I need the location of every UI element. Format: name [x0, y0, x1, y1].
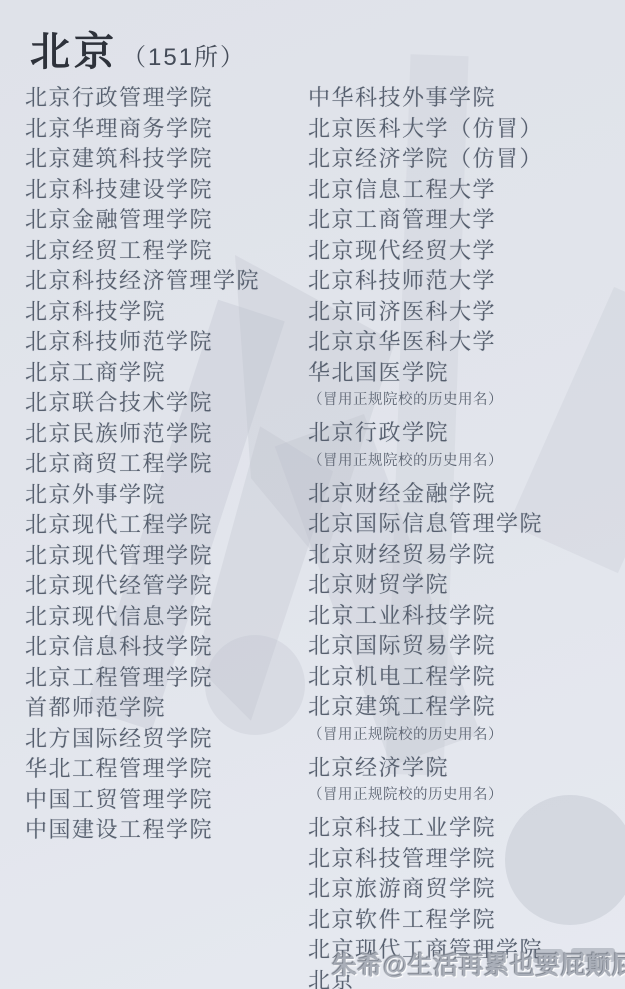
- university-item: 首都师范学院: [25, 693, 305, 724]
- university-item: 北京建筑科技学院: [25, 144, 305, 175]
- university-item: 北京国际信息管理学院: [308, 509, 623, 540]
- university-item: 北京经济学院: [308, 753, 623, 784]
- university-item: 中国建设工程学院: [25, 815, 305, 846]
- university-item: 北京外事学院: [25, 480, 305, 511]
- university-item: 中华科技外事学院: [308, 83, 623, 114]
- university-item: 北京现代信息学院: [25, 602, 305, 633]
- note-alias-history: （冒用正规院校的历史用名）: [308, 784, 623, 806]
- university-item: 北京现代工程学院: [25, 510, 305, 541]
- university-item: 北京机电工程学院: [308, 662, 623, 693]
- fake-universities-list-page: 北京（151所） 北京行政管理学院北京华理商务学院北京建筑科技学院北京科技建设学…: [0, 0, 625, 989]
- region-title: 北京: [30, 30, 118, 74]
- bottom-watermark-text: 朱希@生活再累也要屁颠屁颠的过520: [332, 946, 625, 982]
- university-item: 北京软件工程学院: [308, 905, 623, 936]
- university-item: 北京科技管理学院: [308, 844, 623, 875]
- university-item: 北京现代经贸大学: [308, 236, 623, 267]
- university-item: 中国工贸管理学院: [25, 785, 305, 816]
- university-item: 北京科技经济管理学院: [25, 266, 305, 297]
- university-list-left-column: 北京行政管理学院北京华理商务学院北京建筑科技学院北京科技建设学院北京金融管理学院…: [25, 83, 305, 846]
- university-item: 北京行政管理学院: [25, 83, 305, 114]
- university-item: 北京财经金融学院: [308, 479, 623, 510]
- university-item: 华北工程管理学院: [25, 754, 305, 785]
- university-item: 华北国医学院: [308, 358, 623, 389]
- note-alias-history: （冒用正规院校的历史用名）: [308, 724, 623, 746]
- university-item: 北京旅游商贸学院: [308, 874, 623, 905]
- university-item: 北京现代管理学院: [25, 541, 305, 572]
- university-item: 北京工程管理学院: [25, 663, 305, 694]
- university-item: 北京工业科技学院: [308, 601, 623, 632]
- university-item: 北京工商管理大学: [308, 205, 623, 236]
- university-item: 北京财贸学院: [308, 570, 623, 601]
- university-item: 北京财经贸易学院: [308, 540, 623, 571]
- university-item: 北京信息科技学院: [25, 632, 305, 663]
- region-count: （151所）: [122, 44, 246, 71]
- university-item: 北京金融管理学院: [25, 205, 305, 236]
- university-item: 北京科技师范学院: [25, 327, 305, 358]
- university-item: 北京华理商务学院: [25, 114, 305, 145]
- university-item: 北京商贸工程学院: [25, 449, 305, 480]
- university-item: 北京建筑工程学院: [308, 692, 623, 723]
- note-alias-history: （冒用正规院校的历史用名）: [308, 450, 623, 472]
- university-item: 北京行政学院: [308, 418, 623, 449]
- university-item: 北京工商学院: [25, 358, 305, 389]
- university-item: 北京联合技术学院: [25, 388, 305, 419]
- university-item: 北京现代经管学院: [25, 571, 305, 602]
- university-list-right-column: 中华科技外事学院北京医科大学（仿冒）北京经济学院（仿冒）北京信息工程大学北京工商…: [308, 83, 623, 989]
- university-item: 北京经济学院（仿冒）: [308, 144, 623, 175]
- university-item: 北京科技建设学院: [25, 175, 305, 206]
- university-item: 北京科技师范大学: [308, 266, 623, 297]
- university-item: 北京科技工业学院: [308, 813, 623, 844]
- university-item: 北京国际贸易学院: [308, 631, 623, 662]
- note-alias-history: （冒用正规院校的历史用名）: [308, 389, 623, 411]
- university-item: 北京经贸工程学院: [25, 236, 305, 267]
- university-item: 北方国际经贸学院: [25, 724, 305, 755]
- university-item: 北京信息工程大学: [308, 175, 623, 206]
- university-item: 北京医科大学（仿冒）: [308, 114, 623, 145]
- university-item: 北京科技学院: [25, 297, 305, 328]
- university-item: 北京京华医科大学: [308, 327, 623, 358]
- university-item: 北京民族师范学院: [25, 419, 305, 450]
- university-item: 北京同济医科大学: [308, 297, 623, 328]
- header: 北京（151所）: [30, 20, 246, 77]
